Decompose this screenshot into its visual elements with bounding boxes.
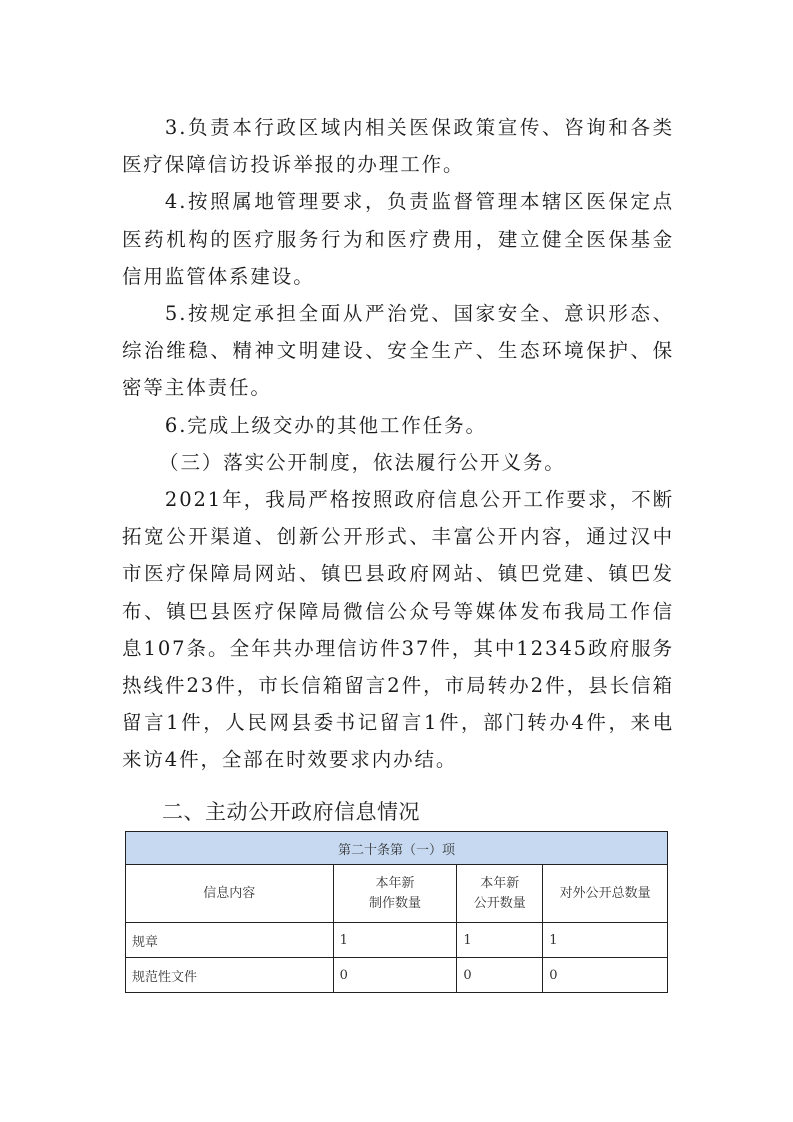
cell-name: 规章 (126, 923, 334, 958)
paragraph-item-6: 6.完成上级交办的其他工作任务。 (122, 407, 674, 444)
document-page: 3.负责本行政区域内相关医保政策宣传、咨询和各类医疗保障信访投诉举报的办理工作。… (0, 0, 793, 1122)
table-title-row: 第二十条第（一）项 (126, 832, 668, 865)
column-header-content: 信息内容 (126, 865, 334, 923)
table-header-row: 信息内容 本年新制作数量 本年新公开数量 对外公开总数量 (126, 865, 668, 923)
table-row: 规章 1 1 1 (126, 923, 668, 958)
body-text: 3.负责本行政区域内相关医保政策宣传、咨询和各类医疗保障信访投诉举报的办理工作。… (122, 109, 674, 779)
table-title: 第二十条第（一）项 (126, 832, 668, 865)
table-row: 规范性文件 0 0 0 (126, 958, 668, 993)
paragraph-2021-summary: 2021年，我局严格按照政府信息公开工作要求，不断拓宽公开渠道、创新公开形式、丰… (122, 481, 674, 779)
paragraph-item-5: 5.按规定承担全面从严治党、国家安全、意识形态、综治维稳、精神文明建设、安全生产… (122, 295, 674, 407)
column-header-total: 对外公开总数量 (543, 865, 668, 923)
cell-total: 0 (543, 958, 668, 993)
column-header-published: 本年新公开数量 (457, 865, 543, 923)
cell-made: 0 (333, 958, 457, 993)
cell-made: 1 (333, 923, 457, 958)
cell-published: 1 (457, 923, 543, 958)
cell-total: 1 (543, 923, 668, 958)
column-header-made: 本年新制作数量 (333, 865, 457, 923)
paragraph-item-4: 4.按照属地管理要求，负责监督管理本辖区医保定点医药机构的医疗服务行为和医疗费用… (122, 183, 674, 295)
info-disclosure-table: 第二十条第（一）项 信息内容 本年新制作数量 本年新公开数量 对外公开总数量 规… (125, 831, 668, 993)
cell-name: 规范性文件 (126, 958, 334, 993)
paragraph-item-3: 3.负责本行政区域内相关医保政策宣传、咨询和各类医疗保障信访投诉举报的办理工作。 (122, 109, 674, 183)
subsection-heading: （三）落实公开制度，依法履行公开义务。 (122, 444, 674, 481)
cell-published: 0 (457, 958, 543, 993)
section-heading: 二、主动公开政府信息情况 (162, 797, 420, 827)
